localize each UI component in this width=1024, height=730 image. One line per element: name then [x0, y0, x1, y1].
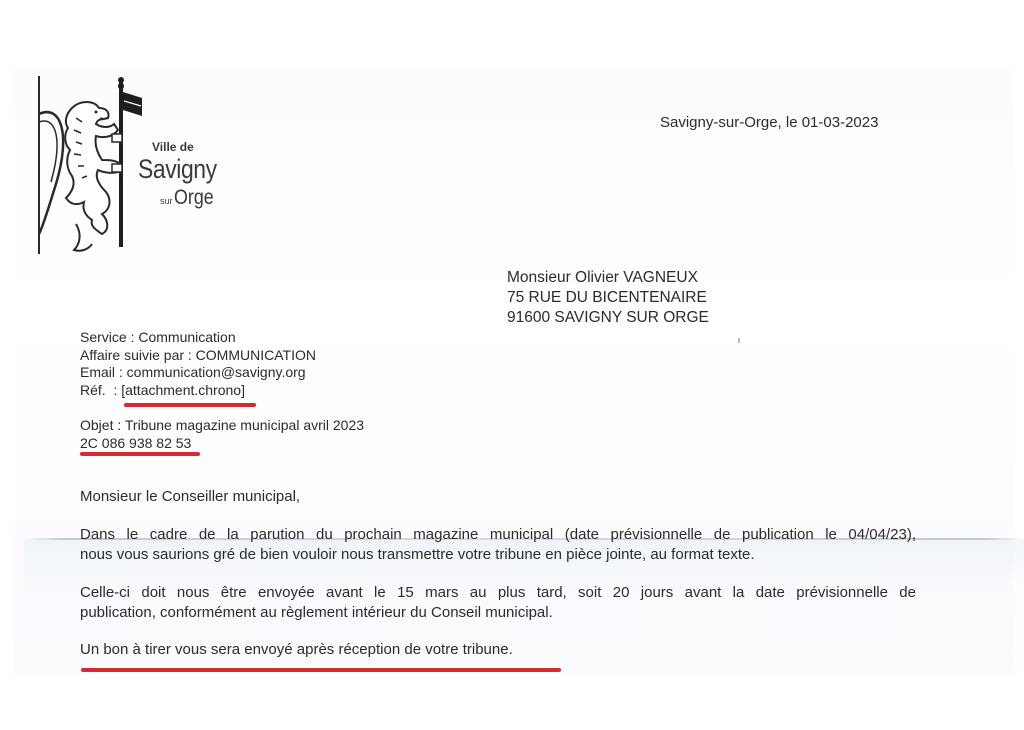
logo-ville-de: Ville de	[152, 140, 194, 154]
sender-meta: Service : Communication Affaire suivie p…	[80, 329, 316, 399]
recipient-address: Monsieur Olivier VAGNEUX 75 RUE DU BICEN…	[507, 268, 709, 328]
paragraph-2-line-2: publication, conformément au règlement i…	[80, 603, 916, 623]
meta-affaire: Affaire suivie par : COMMUNICATION	[80, 347, 316, 365]
code-red-underline	[80, 452, 200, 456]
paragraph-2-line-1: Celle-ci doit nous être envoyée avant le…	[80, 583, 916, 603]
recipient-name: Monsieur Olivier VAGNEUX	[507, 268, 709, 288]
ref-red-underline	[124, 403, 256, 407]
meta-service: Service : Communication	[80, 329, 316, 347]
scanned-letter: Ville de Savigny sur Orge Savigny-sur-Or…	[0, 0, 1024, 730]
ref-value: [attachment.chrono]	[121, 382, 245, 398]
subject-block: Objet : Tribune magazine municipal avril…	[80, 417, 364, 452]
lion-banner-icon	[36, 74, 146, 259]
logo-sur: sur	[160, 196, 173, 206]
paragraph-2: Celle-ci doit nous être envoyée avant le…	[80, 583, 916, 623]
paragraph-1: Dans le cadre de la parution du prochain…	[80, 525, 916, 565]
logo-orge: Orge	[174, 186, 214, 210]
logo-savigny: Savigny	[138, 154, 217, 185]
paragraph-1-line-2: nous vous saurions gré de bien vouloir n…	[80, 545, 916, 565]
meta-ref: Réf. : [attachment.chrono]	[80, 382, 316, 400]
salutation: Monsieur le Conseiller municipal,	[80, 488, 300, 506]
meta-email: Email : communication@savigny.org	[80, 364, 316, 382]
ref-label: Réf. :	[80, 382, 121, 398]
subject-line: Objet : Tribune magazine municipal avril…	[80, 417, 364, 435]
recipient-city: 91600 SAVIGNY SUR ORGE	[507, 308, 709, 328]
tracking-code: 2C 086 938 82 53	[80, 435, 364, 453]
scan-speck	[738, 338, 740, 343]
bat-red-underline	[81, 668, 561, 672]
date-line: Savigny-sur-Orge, le 01-03-2023	[660, 114, 878, 132]
paragraph-3: Un bon à tirer vous sera envoyé après ré…	[80, 641, 513, 659]
paragraph-1-line-1: Dans le cadre de la parution du prochain…	[80, 525, 916, 545]
recipient-street: 75 RUE DU BICENTENAIRE	[507, 288, 709, 308]
